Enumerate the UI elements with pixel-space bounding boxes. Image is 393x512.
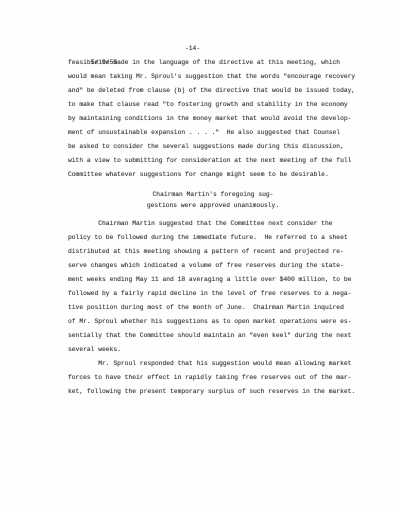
page-header: 5/10/55 -14- [68, 42, 358, 56]
text-line: Mr. Sproul responded that his suggestion… [68, 357, 358, 371]
document-page: 5/10/55 -14- feasible be made in the lan… [0, 0, 393, 512]
text-line: serve changes which indicated a volume o… [68, 259, 358, 273]
text-line: several weeks. [68, 343, 358, 357]
approval-note: Chairman Martin's foregoing sug-gestions… [68, 189, 358, 211]
text-line: gestions were approved unanimously. [68, 200, 358, 211]
text-line: ket, following the present temporary sur… [68, 385, 358, 399]
text-line: of Mr. Sproul whether his suggestions as… [68, 315, 358, 329]
paragraph-3: Mr. Sproul responded that his suggestion… [68, 357, 358, 399]
text-line: distributed at this meeting showing a pa… [68, 245, 358, 259]
text-line: tive position during most of the month o… [68, 301, 358, 315]
text-line: by maintaining conditions in the money m… [68, 112, 358, 126]
text-line: forces to have their effect in rapidly t… [68, 371, 358, 385]
text-line: sentially that the Committee should main… [68, 329, 358, 343]
text-line: Chairman Martin's foregoing sug- [68, 189, 358, 200]
text-line: to make that clause read "to fostering g… [68, 98, 358, 112]
paragraph-1: feasible be made in the language of the … [68, 56, 358, 182]
text-line: ment of unsustainable expansion . . . ."… [68, 126, 358, 140]
text-line: would mean taking Mr. Sproul's suggestio… [68, 70, 358, 84]
text-line: policy to be followed during the immedia… [68, 231, 358, 245]
text-line: and" be deleted from clause (b) of the d… [68, 84, 358, 98]
text-line: Chairman Martin suggested that the Commi… [68, 217, 358, 231]
paragraph-2: Chairman Martin suggested that the Commi… [68, 217, 358, 357]
text-line: with a view to submitting for considerat… [68, 154, 358, 168]
date: 5/10/55 [91, 59, 117, 66]
text-line: Committee whatever suggestions for chang… [68, 168, 358, 182]
page-number: -14- [185, 42, 200, 56]
text-line: followed by a fairly rapid decline in th… [68, 287, 358, 301]
text-column: 5/10/55 -14- feasible be made in the lan… [68, 42, 358, 399]
text-line: be asked to consider the several suggest… [68, 140, 358, 154]
text-line: ment weeks ending May 11 and 18 averagin… [68, 273, 358, 287]
